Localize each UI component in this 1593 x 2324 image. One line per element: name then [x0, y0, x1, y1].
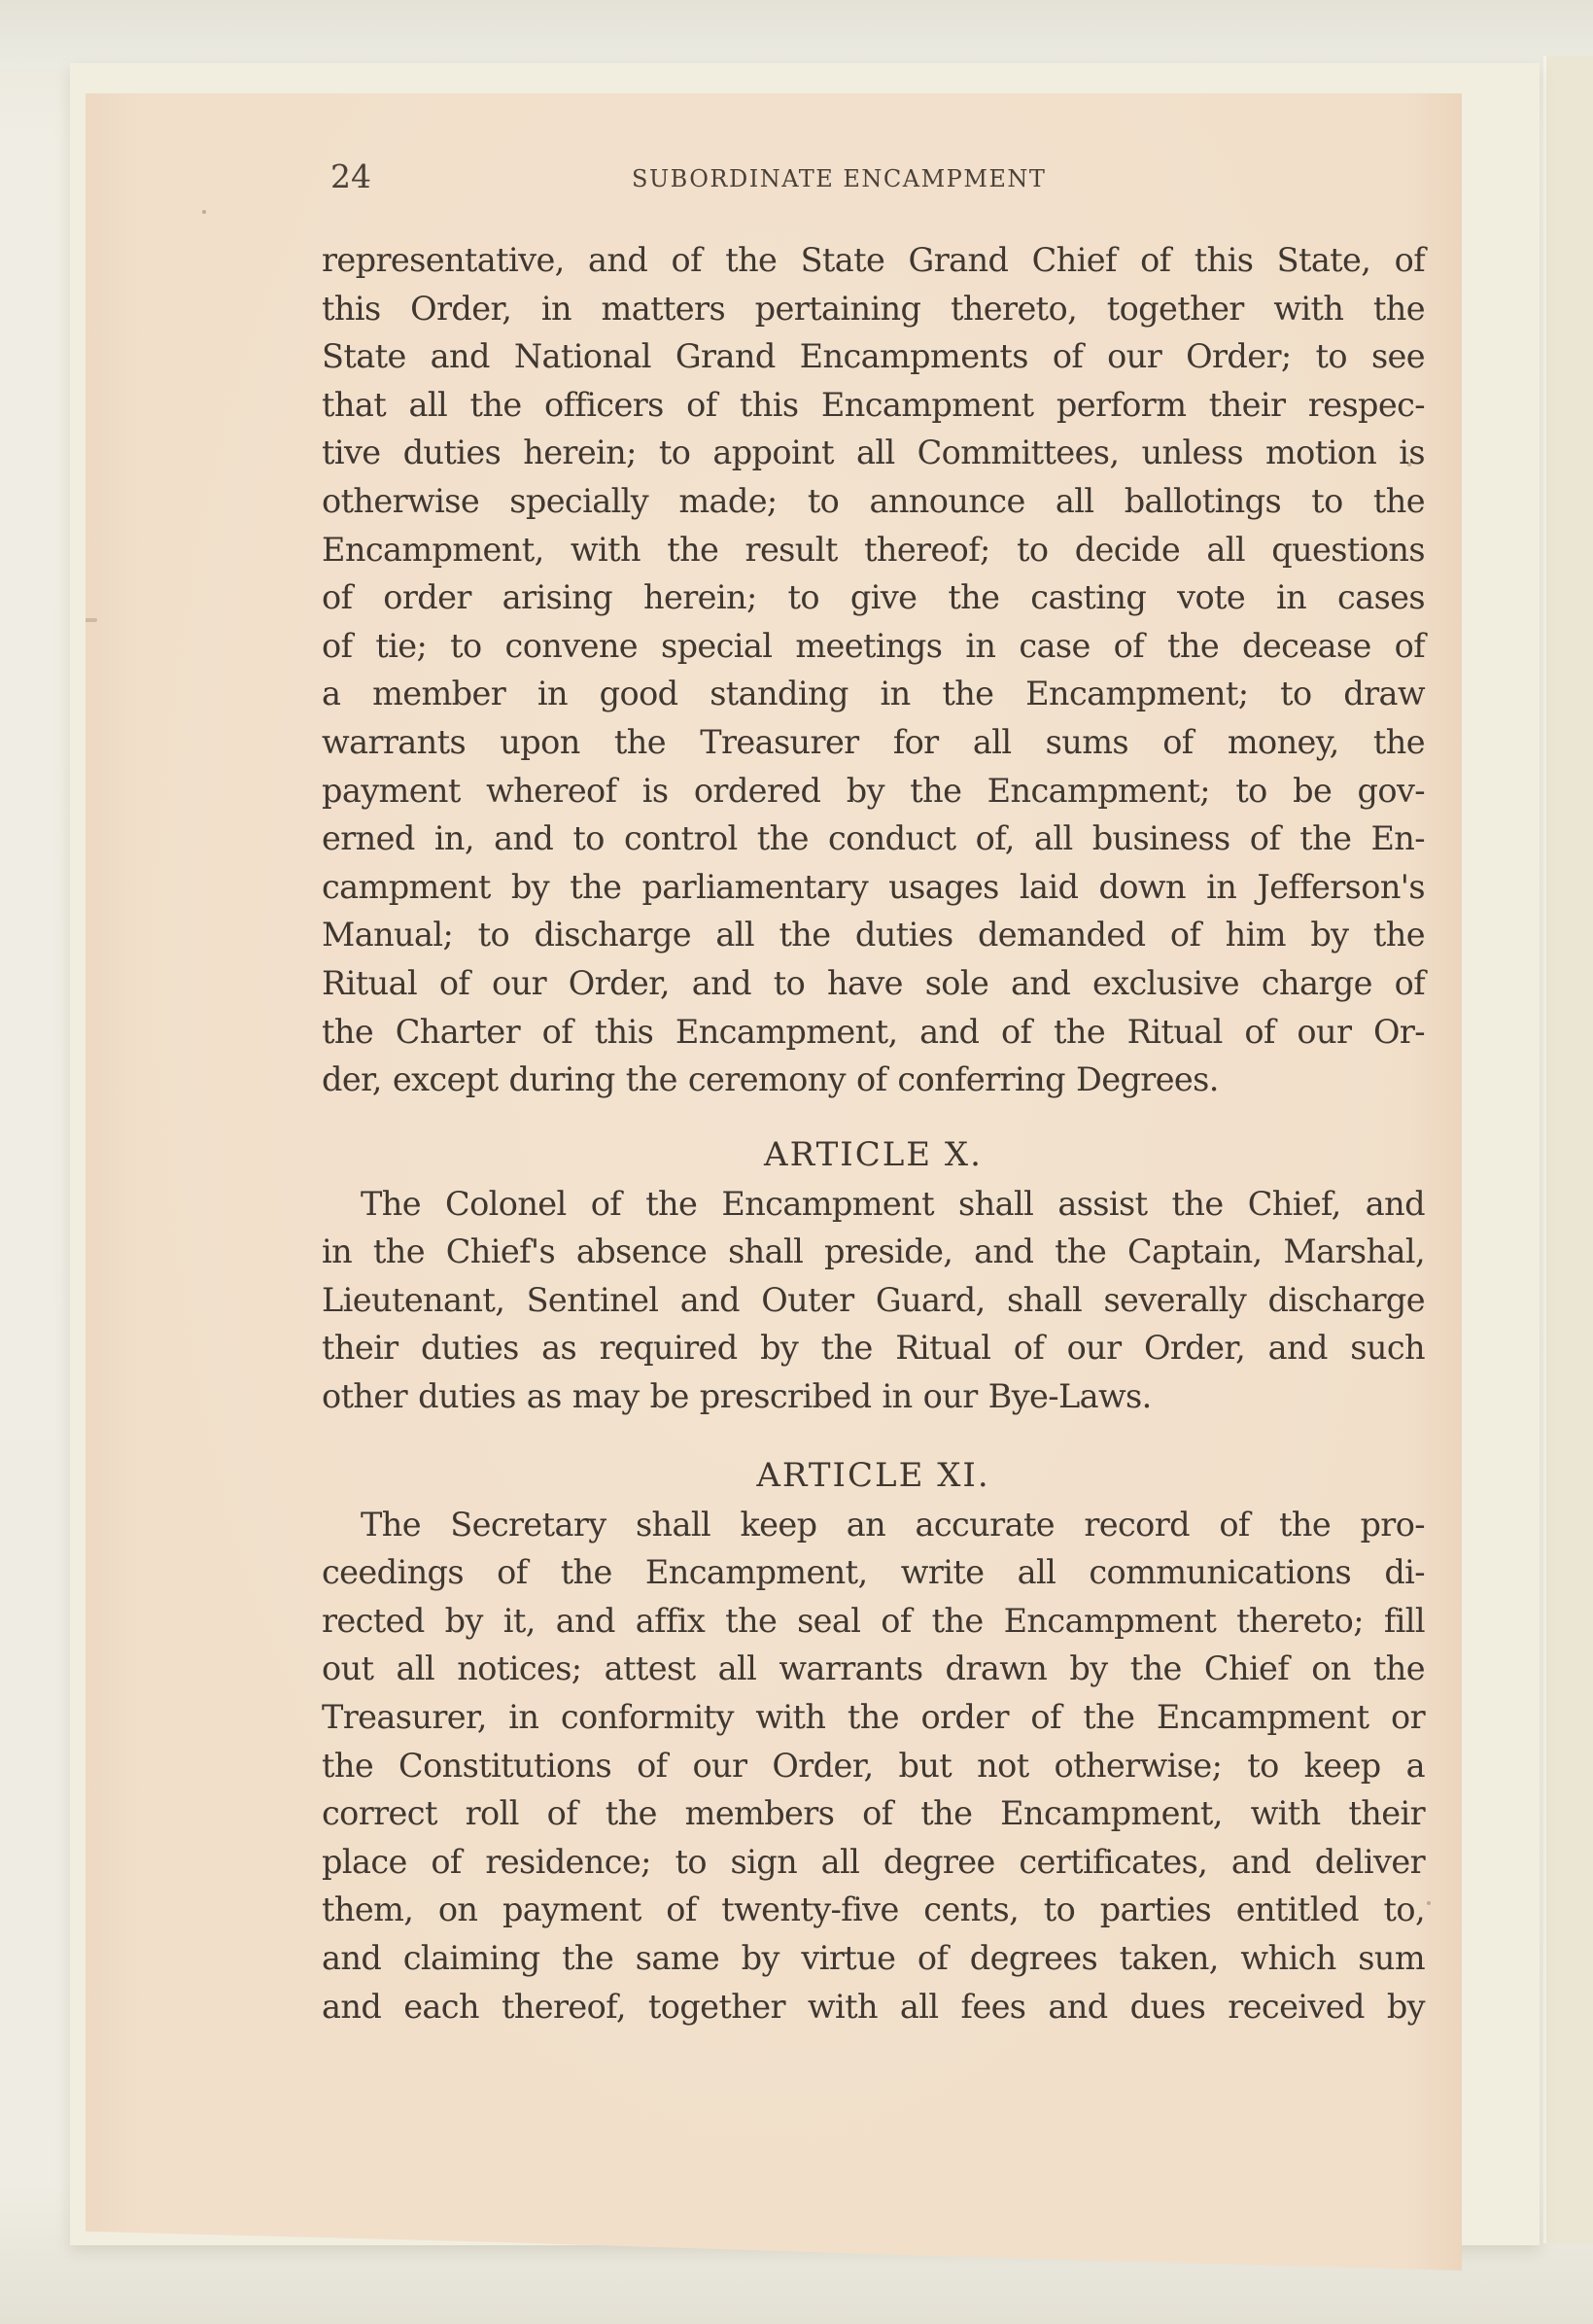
article-heading: ARTICLE X.	[322, 1129, 1425, 1180]
text-line: Treasurer, in conformity with the order …	[322, 1693, 1425, 1742]
paper-speck	[1427, 1901, 1431, 1905]
text-line: this Order, in matters pertaining theret…	[322, 285, 1425, 333]
page-number: 24	[330, 157, 371, 195]
continuation-paragraph: representative, and of the State Grand C…	[322, 236, 1425, 1104]
mount-binding-strip	[1543, 56, 1593, 2243]
article-heading: ARTICLE XI.	[322, 1450, 1425, 1501]
text-line: der, except during the ceremony of confe…	[322, 1056, 1425, 1104]
text-line: Encampment, with the result thereof; to …	[322, 526, 1425, 574]
text-line: the Constitutions of our Order, but not …	[322, 1742, 1425, 1790]
spacer	[322, 1104, 1425, 1129]
paper-speck	[202, 210, 206, 214]
text-line: Manual; to discharge all the duties dema…	[322, 911, 1425, 959]
article-x: ARTICLE X. The Colonel of the Encampment…	[322, 1129, 1425, 1421]
text-line: correct roll of the members of the Encam…	[322, 1789, 1425, 1838]
running-title: SUBORDINATE ENCAMPMENT	[632, 165, 1046, 192]
page-body: representative, and of the State Grand C…	[322, 236, 1425, 2030]
text-line: State and National Grand Encampments of …	[322, 332, 1425, 381]
mount-shadow	[0, 0, 1593, 68]
text-line: and each thereof, together with all fees…	[322, 1983, 1425, 2031]
text-line: other duties as may be prescribed in our…	[322, 1372, 1425, 1421]
text-line: campment by the parliamentary usages lai…	[322, 863, 1425, 912]
text-line: of order arising herein; to give the cas…	[322, 573, 1425, 622]
text-line: out all notices; attest all warrants dra…	[322, 1645, 1425, 1693]
text-line: otherwise specially made; to announce al…	[322, 477, 1425, 526]
text-line: a member in good standing in the Encampm…	[322, 670, 1425, 718]
text-line: the Charter of this Encampment, and of t…	[322, 1008, 1425, 1057]
text-line: tive duties herein; to appoint all Commi…	[322, 429, 1425, 477]
text-line: Ritual of our Order, and to have sole an…	[322, 959, 1425, 1008]
article-xi: ARTICLE XI. The Secretary shall keep an …	[322, 1450, 1425, 2031]
spacer	[322, 1421, 1425, 1450]
text-line: that all the officers of this Encampment…	[322, 381, 1425, 430]
text-line: representative, and of the State Grand C…	[322, 236, 1425, 285]
text-line: them, on payment of twenty-five cents, t…	[322, 1886, 1425, 1934]
text-line: in the Chief's absence shall preside, an…	[322, 1228, 1425, 1276]
text-line: warrants upon the Treasurer for all sums…	[322, 718, 1425, 767]
text-line: Lieutenant, Sentinel and Outer Guard, sh…	[322, 1276, 1425, 1325]
text-line: ceedings of the Encampment, write all co…	[322, 1548, 1425, 1597]
text-line: erned in, and to control the conduct of,…	[322, 815, 1425, 863]
text-line: payment whereof is ordered by the Encamp…	[322, 767, 1425, 815]
text-line: their duties as required by the Ritual o…	[322, 1324, 1425, 1372]
text-line: The Colonel of the Encampment shall assi…	[322, 1180, 1425, 1229]
text-line: The Secretary shall keep an accurate rec…	[322, 1501, 1425, 1549]
text-line: of tie; to convene special meetings in c…	[322, 622, 1425, 671]
text-line: and claiming the same by virtue of degre…	[322, 1934, 1425, 1983]
text-line: place of residence; to sign all degree c…	[322, 1838, 1425, 1887]
running-head: 24 SUBORDINATE ENCAMPMENT	[330, 157, 1438, 196]
text-line: rected by it, and affix the seal of the …	[322, 1597, 1425, 1646]
